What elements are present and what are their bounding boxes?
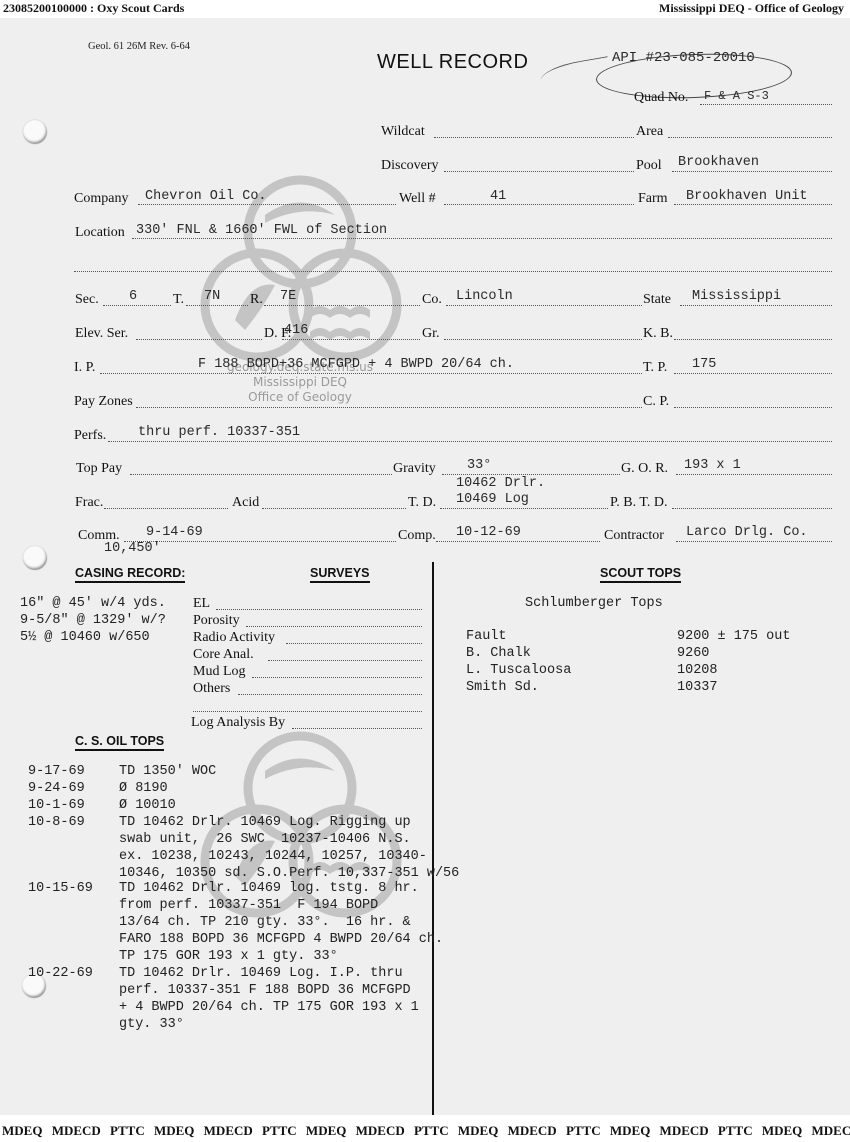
log-analysis-line xyxy=(292,728,422,729)
oil-top-date: 9-17-69 xyxy=(28,763,85,780)
scout-top-depth: 10337 xyxy=(677,679,718,696)
company-line xyxy=(138,204,396,205)
oil-top-text: TD 10462 Drlr. 10469 log. tstg. 8 hr. fr… xyxy=(119,880,443,965)
df-line xyxy=(282,339,420,340)
perfs-line xyxy=(108,441,832,442)
survey-mud-log-line xyxy=(252,677,422,678)
casing-line: 16" @ 45' w/4 yds. xyxy=(20,595,166,612)
pool-value: Brookhaven xyxy=(678,155,759,170)
oil-top-date: 10-22-69 xyxy=(28,965,93,982)
wildcat-label: Wildcat xyxy=(381,124,425,140)
scout-tops-heading: SCOUT TOPS xyxy=(600,566,681,583)
pay-zones-label: Pay Zones xyxy=(74,394,133,410)
pool-line xyxy=(672,171,832,172)
oil-top-text: TD 1350' WOC xyxy=(119,763,216,780)
document-header: 23085200100000 : Oxy Scout Cards Mississ… xyxy=(0,0,850,17)
pay-zones-line xyxy=(136,407,642,408)
cp-label: C. P. xyxy=(643,394,669,410)
gravity-label: Gravity xyxy=(393,461,436,477)
survey-others-line xyxy=(238,694,422,695)
survey-mud-log-label: Mud Log xyxy=(193,664,246,680)
contractor-value: Larco Drlg. Co. xyxy=(686,525,808,540)
casing-line: 5½ @ 10460 w/650 xyxy=(20,629,150,646)
sec-label: Sec. xyxy=(75,292,99,308)
survey-el-line xyxy=(216,609,422,610)
kb-line xyxy=(674,339,832,340)
tp-line xyxy=(674,373,832,374)
perfs-value: thru perf. 10337-351 xyxy=(138,425,300,440)
county-value: Lincoln xyxy=(456,289,513,304)
quad-no-value: F & A S-3 xyxy=(704,89,769,103)
comm-value: 9-14-69 xyxy=(146,525,203,540)
scout-top-name: L. Tuscaloosa xyxy=(466,662,571,679)
cp-line xyxy=(674,407,832,408)
comm-value-below: 10,450' xyxy=(104,541,161,556)
area-label: Area xyxy=(636,124,663,140)
frac-label: Frac. xyxy=(75,495,103,511)
acid-label: Acid xyxy=(232,495,259,511)
gravity-value: 33° xyxy=(467,458,491,473)
publisher-title: Mississippi DEQ - Office of Geology xyxy=(659,0,844,17)
state-label: State xyxy=(643,292,671,308)
hole-punch xyxy=(23,120,47,144)
discovery-line xyxy=(444,171,634,172)
gor-line xyxy=(676,474,832,475)
td-label: T. D. xyxy=(408,495,436,511)
acid-line xyxy=(262,508,406,509)
oil-top-text: Ø 10010 xyxy=(119,797,176,814)
top-pay-line xyxy=(130,474,392,475)
oil-top-text: TD 10462 Drlr. 10469 Log. Rigging up swa… xyxy=(119,814,459,882)
sec-line xyxy=(103,305,171,306)
oil-top-date: 10-15-69 xyxy=(28,880,93,897)
scout-top-name: Fault xyxy=(466,628,507,645)
pbtd-line xyxy=(672,508,832,509)
company-label: Company xyxy=(74,191,128,207)
casing-record-heading: CASING RECORD: xyxy=(75,566,185,583)
tp-label: T. P. xyxy=(643,360,667,376)
form-title: WELL RECORD xyxy=(377,51,528,74)
pbtd-label: P. B. T. D. xyxy=(610,495,667,511)
scout-top-depth: 10208 xyxy=(677,662,718,679)
state-value: Mississippi xyxy=(692,289,781,304)
range-line xyxy=(264,305,420,306)
gor-label: G. O. R. xyxy=(621,461,668,477)
survey-core-anal-label: Core Anal. xyxy=(193,647,254,663)
township-value: 7N xyxy=(204,289,220,304)
pool-label: Pool xyxy=(636,158,662,174)
scanned-well-record-card: geology.deq.state.ms.us Mississippi DEQ … xyxy=(0,18,850,1115)
form-code: Geol. 61 26M Rev. 6-64 xyxy=(88,41,190,52)
comp-label: Comp. xyxy=(398,528,436,544)
hole-punch xyxy=(23,546,47,570)
perfs-label: Perfs. xyxy=(74,428,106,444)
location-line xyxy=(132,238,832,239)
farm-label: Farm xyxy=(638,191,668,207)
kb-label: K. B. xyxy=(643,326,673,342)
td-value-drlr: 10462 Drlr. xyxy=(456,476,545,491)
api-number: API #23-085-20010 xyxy=(612,50,755,66)
td-line xyxy=(440,508,608,509)
survey-others-label: Others xyxy=(193,681,230,697)
gor-value: 193 x 1 xyxy=(684,458,741,473)
comp-line xyxy=(436,541,600,542)
elev-ser-line xyxy=(136,339,262,340)
scout-top-name: Smith Sd. xyxy=(466,679,539,696)
area-line xyxy=(668,137,832,138)
cs-oil-tops-heading: C. S. OIL TOPS xyxy=(75,734,164,751)
location-line-2 xyxy=(74,271,832,272)
quad-no-label: Quad No. xyxy=(634,90,688,106)
casing-line: 9-5/8" @ 1329' w/? xyxy=(20,612,166,629)
township-line xyxy=(186,305,248,306)
survey-porosity-line xyxy=(246,626,422,627)
location-value: 330' FNL & 1660' FWL of Section xyxy=(136,223,387,238)
df-value: 416 xyxy=(284,323,308,338)
township-label: T. xyxy=(173,292,184,308)
sec-value: 6 xyxy=(129,289,137,304)
ip-line xyxy=(100,373,642,374)
survey-radio-activity-label: Radio Activity xyxy=(193,630,275,646)
well-no-line xyxy=(444,204,634,205)
state-line xyxy=(680,305,832,306)
footer-banner: MDEQ MDECD PTTC MDEQ MDECD PTTC MDEQ MDE… xyxy=(0,1120,850,1142)
wildcat-line xyxy=(434,137,634,138)
oil-top-date: 10-8-69 xyxy=(28,814,85,831)
scout-top-depth: 9200 ± 175 out xyxy=(677,628,790,645)
tp-value: 175 xyxy=(692,357,716,372)
watermark-org: Mississippi DEQ xyxy=(200,375,400,390)
oil-top-date: 9-24-69 xyxy=(28,780,85,797)
well-no-value: 41 xyxy=(490,189,506,204)
scout-top-depth: 9260 xyxy=(677,645,709,662)
frac-line xyxy=(104,508,228,509)
location-label: Location xyxy=(75,225,125,241)
comm-line xyxy=(124,541,396,542)
gravity-line xyxy=(442,474,620,475)
gr-line xyxy=(444,339,642,340)
comp-value: 10-12-69 xyxy=(456,525,521,540)
survey-core-anal-line xyxy=(268,660,422,661)
discovery-label: Discovery xyxy=(381,158,439,174)
oil-top-text: TD 10462 Drlr. 10469 Log. I.P. thru perf… xyxy=(119,965,419,1033)
survey-radio-activity-line xyxy=(286,643,422,644)
top-pay-label: Top Pay xyxy=(76,461,122,477)
oil-top-date: 10-1-69 xyxy=(28,797,85,814)
contractor-label: Contractor xyxy=(604,528,664,544)
well-no-label: Well # xyxy=(399,191,436,207)
range-value: 7E xyxy=(280,289,296,304)
gr-label: Gr. xyxy=(422,326,440,342)
oil-top-text: Ø 8190 xyxy=(119,780,168,797)
scout-top-name: B. Chalk xyxy=(466,645,531,662)
survey-blank-line xyxy=(193,711,422,712)
surveys-heading: SURVEYS xyxy=(310,566,370,583)
watermark-office: Office of Geology xyxy=(200,390,400,405)
survey-porosity-label: Porosity xyxy=(193,613,240,629)
company-value: Chevron Oil Co. xyxy=(145,189,267,204)
contractor-line xyxy=(676,541,832,542)
ip-value: F 188 BOPD+36 MCFGPD + 4 BWPD 20/64 ch. xyxy=(198,357,514,372)
county-label: Co. xyxy=(422,292,442,308)
document-id-title: 23085200100000 : Oxy Scout Cards xyxy=(3,0,184,17)
survey-el-label: EL xyxy=(193,596,210,612)
ip-label: I. P. xyxy=(74,360,95,376)
elev-ser-label: Elev. Ser. xyxy=(75,326,128,342)
scout-tops-subtitle: Schlumberger Tops xyxy=(525,595,663,612)
log-analysis-label: Log Analysis By xyxy=(191,715,285,731)
county-line xyxy=(446,305,642,306)
farm-line xyxy=(674,204,832,205)
range-label: R. xyxy=(250,292,263,308)
farm-value: Brookhaven Unit xyxy=(686,189,808,204)
td-value-log: 10469 Log xyxy=(456,492,529,507)
quad-no-line xyxy=(700,104,832,105)
